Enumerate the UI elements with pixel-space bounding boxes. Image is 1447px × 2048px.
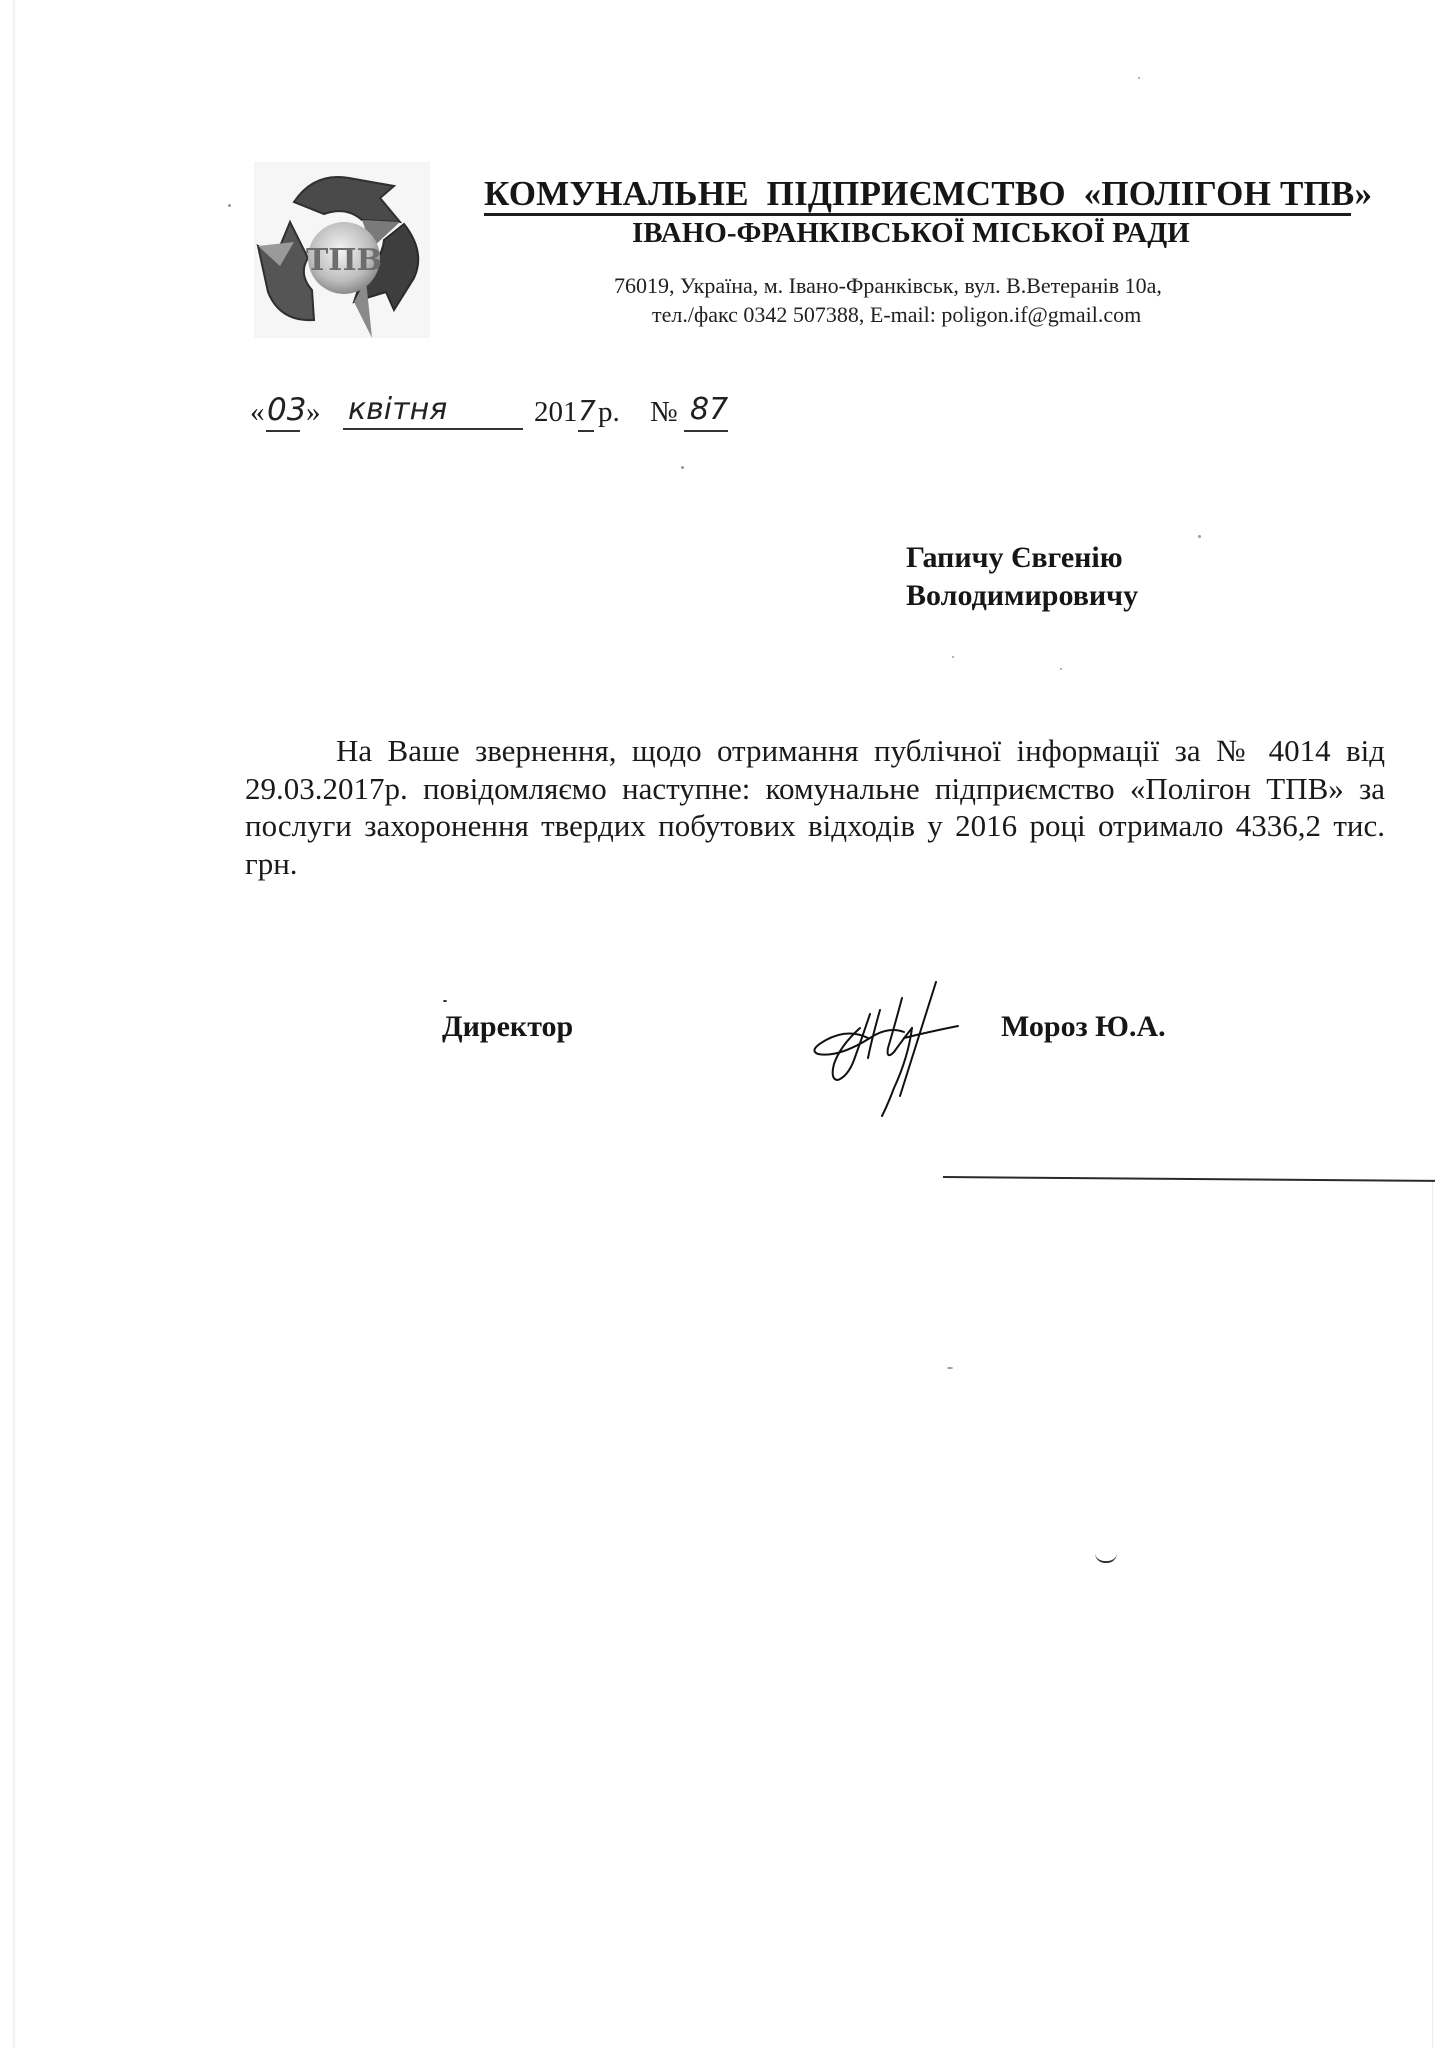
date-month: квітня (348, 392, 447, 427)
number-fill-line (684, 430, 728, 432)
outgoing-number: 87 (690, 392, 728, 427)
scan-speck (1138, 77, 1140, 79)
date-day: 03 (267, 392, 306, 428)
scan-mark (1095, 1553, 1117, 1563)
year-fill-line (578, 430, 594, 432)
addressee-name: Гапичу Євгенію (906, 540, 1123, 576)
addressee-patronymic: Володимировичу (906, 578, 1138, 614)
scan-speck (947, 1367, 953, 1369)
scan-speck (443, 1000, 447, 1002)
signatory-name: Мороз Ю.А. (1001, 1010, 1166, 1044)
scan-speck (681, 466, 684, 469)
letter-body: На Ваше звернення, щодо отримання публіч… (245, 732, 1385, 882)
scan-speck (952, 656, 954, 658)
month-fill-line (343, 428, 523, 430)
address-line: 76019, Україна, м. Івано-Франківськ, вул… (614, 272, 1162, 300)
organization-subtitle: ІВАНО-ФРАНКІВСЬКОЇ МІСЬКОЇ РАДИ (632, 216, 1190, 250)
separator-line (943, 1176, 1435, 1182)
day-fill-line (266, 430, 300, 432)
scan-speck (1198, 535, 1201, 538)
logo-text: ТПВ (306, 243, 382, 278)
signatory-position: Директор (442, 1010, 573, 1044)
close-quote: » (306, 396, 321, 429)
scan-speck (1060, 668, 1062, 670)
open-quote: « (250, 396, 265, 429)
year-suffix: 7 (578, 394, 596, 427)
body-paragraph: На Ваше звернення, щодо отримання публіч… (245, 732, 1385, 882)
number-sign: № (650, 396, 678, 429)
signature-icon (808, 968, 968, 1118)
scan-speck (228, 204, 231, 207)
recycling-logo-icon: ТПВ (254, 162, 430, 338)
organization-title: КОМУНАЛЬНЕ ПІДПРИЄМСТВО «ПОЛІГОН ТПВ» (484, 174, 1372, 214)
year-unit: р. (598, 396, 620, 429)
scan-page-edge (1432, 1180, 1433, 2048)
scan-page-edge (13, 0, 15, 2048)
contact-line: тел./факс 0342 507388, E-mail: poligon.i… (652, 301, 1141, 329)
year-prefix: 201 (534, 396, 578, 429)
